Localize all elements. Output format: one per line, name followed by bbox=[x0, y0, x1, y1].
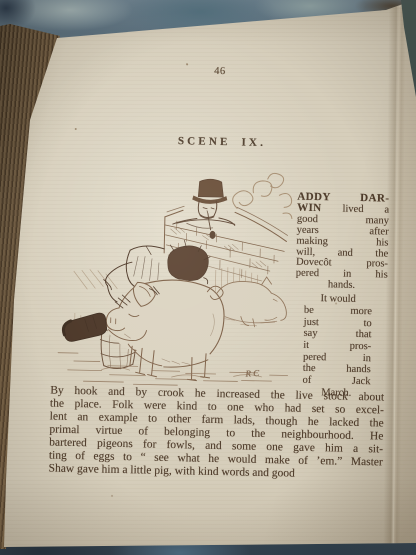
page-number: 46 bbox=[55, 63, 385, 81]
foxing-spot bbox=[75, 128, 77, 130]
foxing-spot bbox=[335, 302, 337, 304]
column-line: it pros- bbox=[303, 340, 371, 353]
foxing-spot bbox=[186, 63, 188, 65]
boot-sketch bbox=[63, 312, 107, 342]
illustrator-signature: R C bbox=[244, 368, 260, 379]
pig-sketch bbox=[105, 278, 225, 381]
book-photo: 46 SCENE IX. bbox=[0, 0, 416, 555]
right-column: ADDY DAR- WIN lived a good many years af… bbox=[293, 192, 389, 400]
book-page: 46 SCENE IX. bbox=[0, 0, 416, 555]
illustration: R C bbox=[43, 162, 302, 395]
page-content: 46 SCENE IX. bbox=[0, 0, 416, 555]
column-line-caps: WIN bbox=[297, 202, 322, 215]
column-line-rest: lived a bbox=[342, 204, 389, 216]
scene-heading: SCENE IX. bbox=[53, 133, 390, 152]
smoke-sketch bbox=[232, 172, 292, 218]
column-line: be more bbox=[304, 305, 372, 318]
body-paragraph: By hook and by crook he increased the li… bbox=[48, 385, 384, 483]
foxing-spot bbox=[111, 495, 113, 497]
column-line: of Jack bbox=[302, 375, 370, 388]
right-column-narrow: It would be more just to say that it pro… bbox=[302, 293, 372, 400]
column-line: hands. bbox=[295, 280, 387, 293]
